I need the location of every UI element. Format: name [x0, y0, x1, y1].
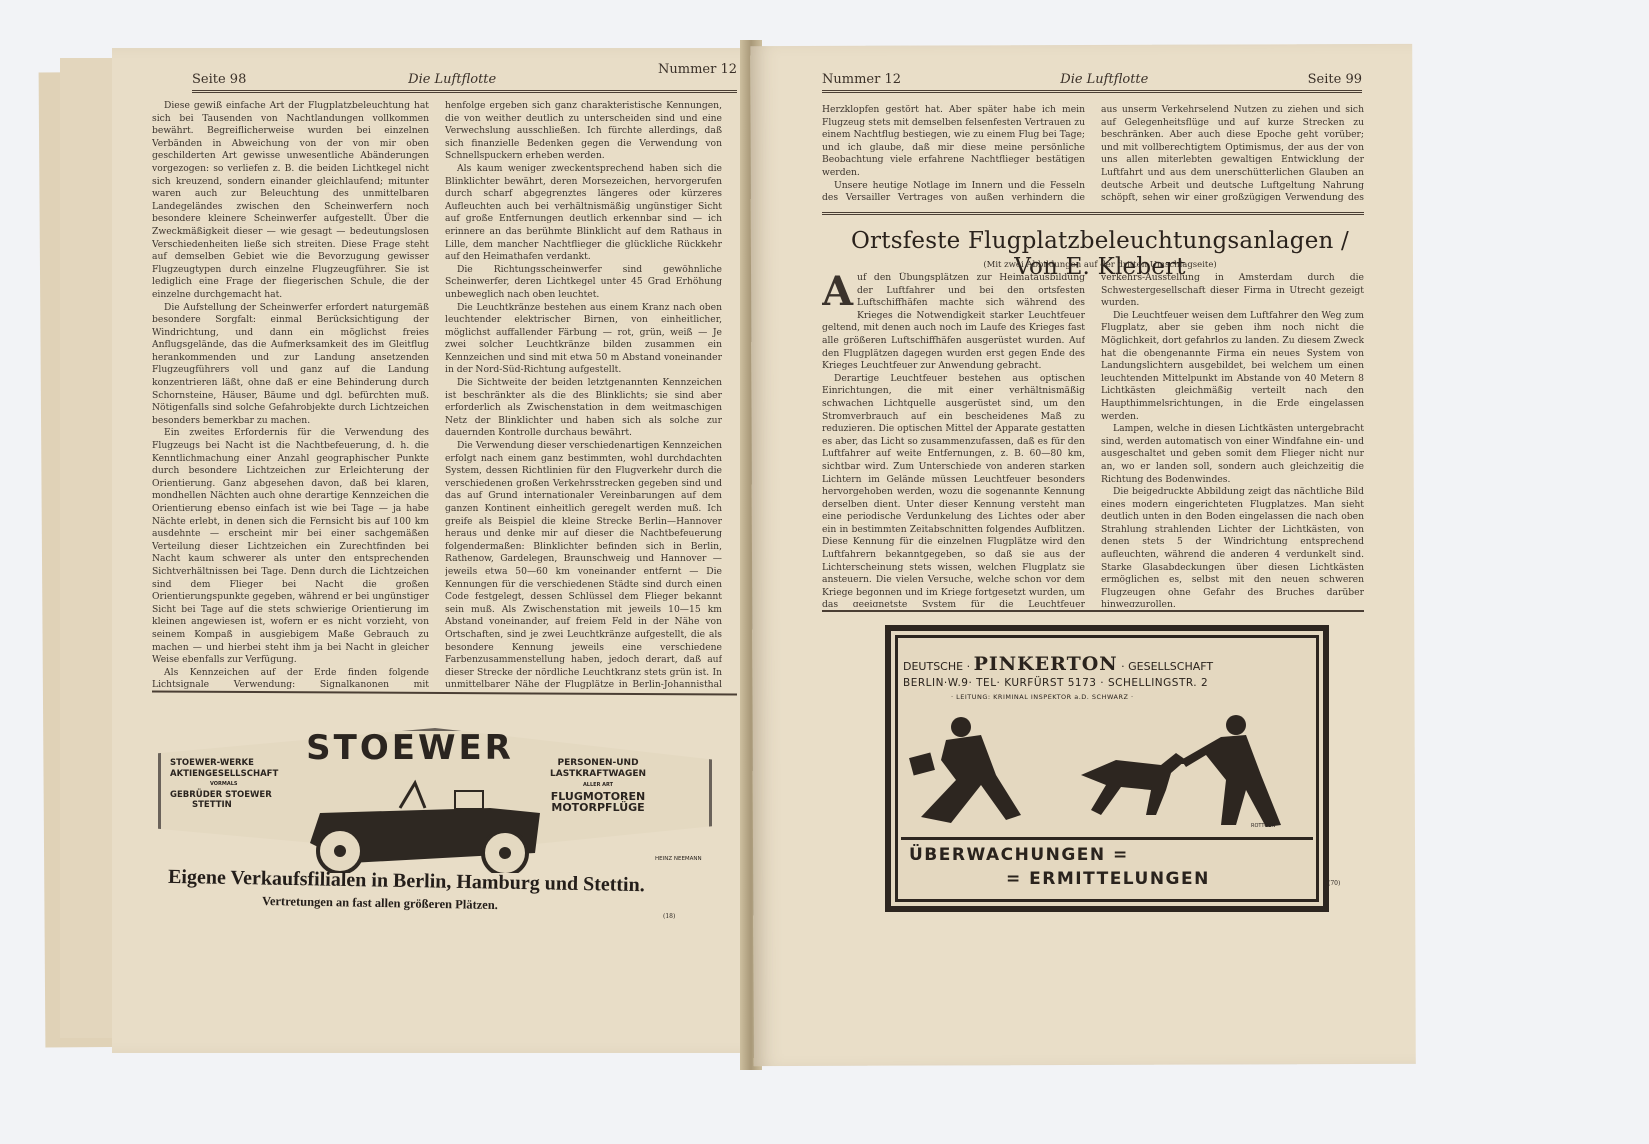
ad-product-list: PERSONEN-UND LASTKRAFTWAGEN ALLER ART FL…: [550, 758, 646, 813]
article-column-1: Auf den Übungsplätzen zur Heimatausbildu…: [822, 272, 1085, 607]
magazine-title: Die Luftflotte: [408, 72, 496, 87]
right-page-header: Nummer 12 Die Luftflotte Seite 99: [822, 72, 1362, 87]
section-divider: [822, 212, 1364, 215]
pinkerton-advertisement: DEUTSCHE · PINKERTON · GESELLSCHAFT BERL…: [885, 625, 1329, 912]
ad-service-2: = ERMITTELUNGEN: [1006, 869, 1210, 889]
left-page-header: Seite 98 Die Luftflotte Nummer 12: [192, 72, 737, 87]
paragraph: Die Sichtweite der beiden letztgenannten…: [445, 377, 722, 440]
article-column-2: verkehrs-Ausstellung in Amsterdam durch …: [1101, 272, 1364, 607]
paragraph: Die Richtungsscheinwerfer sind gewöhnlic…: [445, 264, 722, 302]
chase-illustration-icon: [901, 705, 1303, 835]
ad-company-info: STOEWER-WERKE AKTIENGESELLSCHAFT VORMALS…: [170, 758, 278, 811]
magazine-title: Die Luftflotte: [1060, 72, 1148, 87]
ad-service-1: ÜBERWACHUNGEN =: [909, 845, 1129, 865]
drop-cap: A: [822, 274, 853, 310]
ad-divider: [901, 837, 1313, 840]
paragraph: aus unserm Verkehrselend Nutzen zu ziehe…: [1101, 104, 1364, 204]
header-rule: [822, 90, 1362, 93]
ad-code: (18): [663, 913, 675, 920]
ad-artist-signature: HEINZ NEEMANN: [655, 856, 702, 862]
ad-brand: STOEWER: [300, 728, 520, 768]
page-number: Seite 98: [192, 72, 246, 87]
paragraph: Die Leuchtkränze bestehen aus einem Kran…: [445, 302, 722, 378]
paragraph: Als kaum weniger zweckentsprechend haben…: [445, 163, 722, 264]
ad-management: · LEITUNG: KRIMINAL INSPEKTOR a.D. SCHWA…: [951, 693, 1134, 701]
left-column-1: Diese gewiß einfache Art der Flugplatzbe…: [152, 100, 429, 690]
paragraph: Diese gewiß einfache Art der Flugplatzbe…: [152, 100, 429, 302]
page-number: Seite 99: [1308, 72, 1362, 87]
paragraph: Herzklopfen gestört hat. Aber später hab…: [822, 104, 1085, 180]
ad-code: (70): [1328, 880, 1340, 887]
paragraph: Die Aufstellung der Scheinwerfer erforde…: [152, 302, 429, 428]
paragraph: Derartige Leuchtfeuer bestehen aus optis…: [822, 373, 1085, 607]
ad-headline: DEUTSCHE · PINKERTON · GESELLSCHAFT: [903, 653, 1213, 675]
article-subtitle: (Mit zwei Abbildungen auf der dritten Um…: [830, 260, 1370, 270]
ad-slogan: Eigene Verkaufsfilialen in Berlin, Hambu…: [168, 866, 645, 897]
stoewer-advertisement: STOEWER STOEWER-WERKE AKTIENGESELLSCHAFT…: [150, 708, 720, 938]
ad-subslogan: Vertretungen an fast allen größeren Plät…: [262, 894, 498, 913]
section-divider: [822, 610, 1364, 612]
paragraph: Die beigedruckte Abbildung zeigt das näc…: [1101, 486, 1364, 607]
issue-number: Nummer 12: [822, 72, 901, 87]
right-top-body: Herzklopfen gestört hat. Aber später hab…: [822, 104, 1364, 204]
right-top-column-2: aus unserm Verkehrselend Nutzen zu ziehe…: [1101, 104, 1364, 204]
ad-address: BERLIN·W.9· TEL· KURFÜRST 5173 · SCHELLI…: [903, 677, 1208, 689]
car-illustration-icon: [290, 773, 550, 873]
paragraph: Auf den Übungsplätzen zur Heimatausbildu…: [822, 272, 1085, 373]
left-article-body: Diese gewiß einfache Art der Flugplatzbe…: [152, 100, 722, 690]
header-rule: [192, 90, 737, 93]
paragraph: henfolge ergeben sich ganz charakteristi…: [445, 100, 722, 163]
paragraph: Lampen, welche in diesen Lichtkästen unt…: [1101, 423, 1364, 486]
paragraph: Unsere heutige Notlage im Innern und die…: [822, 180, 1085, 204]
paragraph: verkehrs-Ausstellung in Amsterdam durch …: [1101, 272, 1364, 310]
paragraph: Die Leuchtfeuer weisen dem Luftfahrer de…: [1101, 310, 1364, 423]
right-top-column-1: Herzklopfen gestört hat. Aber später hab…: [822, 104, 1085, 204]
left-column-2: henfolge ergeben sich ganz charakteristi…: [445, 100, 722, 690]
right-article-body: Auf den Übungsplätzen zur Heimatausbildu…: [822, 272, 1364, 607]
issue-number: Nummer 12: [658, 62, 737, 77]
paragraph: Ein zweites Erfordernis für die Verwendu…: [152, 427, 429, 666]
ad-artist-signature: ROTTGEN: [1251, 823, 1275, 829]
paragraph: Als Kennzeichen auf der Erde finden folg…: [152, 667, 429, 690]
paragraph: Die Verwendung dieser verschiedenartigen…: [445, 440, 722, 690]
